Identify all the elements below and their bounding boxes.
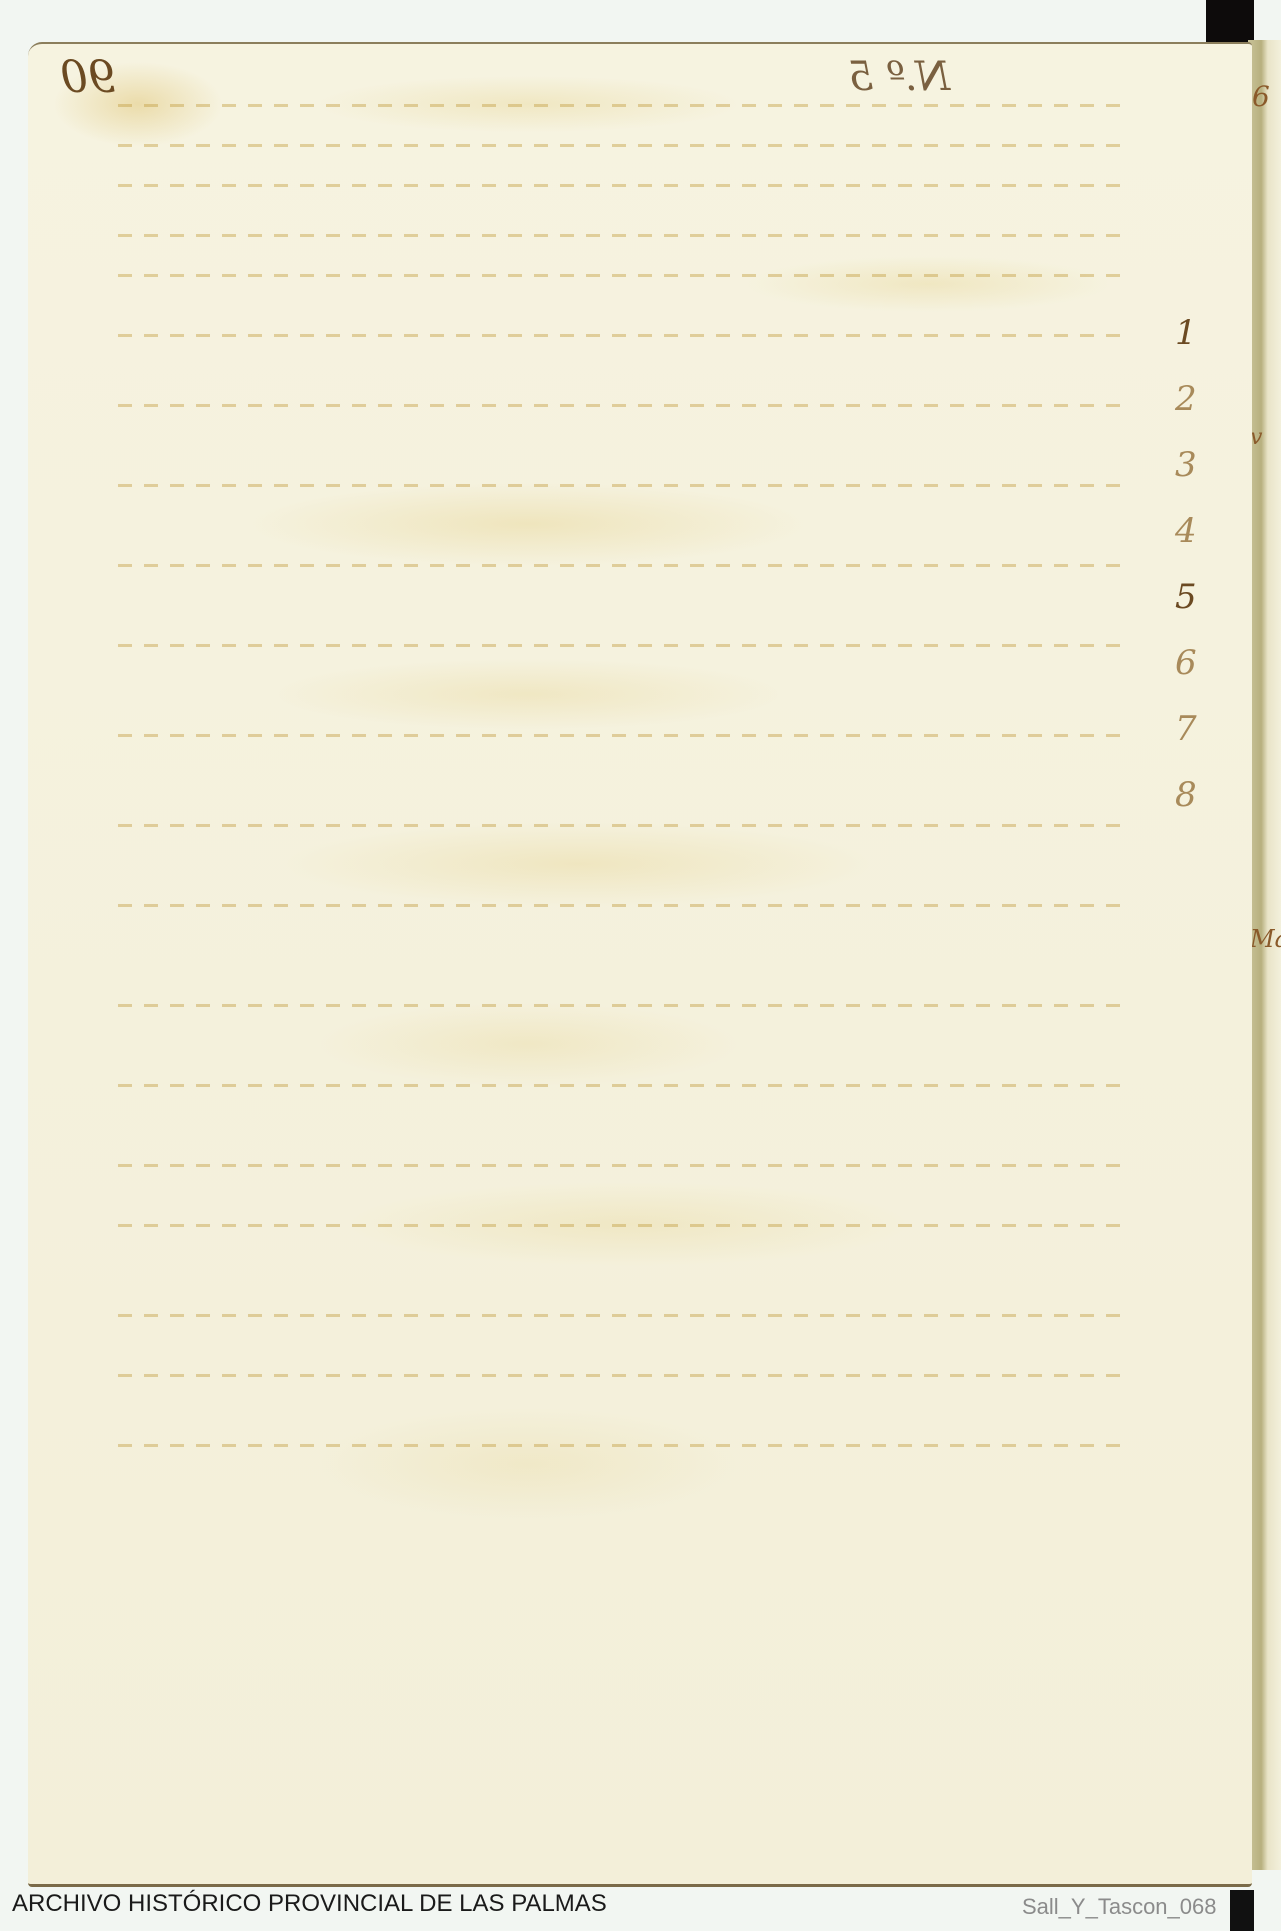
folio-number: 90 <box>60 52 116 103</box>
faded-text-line <box>118 644 1132 647</box>
adjacent-page-ink: 6 <box>1252 80 1270 113</box>
faded-text-line <box>118 824 1132 827</box>
faded-text-line <box>118 1374 1132 1377</box>
faded-text-line <box>118 104 1132 107</box>
faded-text-line <box>118 564 1132 567</box>
scan-frame-edge <box>1206 0 1254 46</box>
faded-text-line <box>118 1084 1132 1087</box>
faded-text-line <box>118 1444 1132 1447</box>
faded-text-line <box>118 1314 1132 1317</box>
faded-text-line <box>118 144 1132 147</box>
scan-frame-corner <box>1230 1890 1254 1931</box>
faded-text-line <box>118 1164 1132 1167</box>
binding-spine: 6 v Ma <box>1248 40 1281 1870</box>
archive-caption: ARCHIVO HISTÓRICO PROVINCIAL DE LAS PALM… <box>12 1890 607 1918</box>
image-code: Sall_Y_Tascon_068 <box>1022 1894 1216 1920</box>
adjacent-page-ink: Ma <box>1250 925 1281 953</box>
faded-text-line <box>118 1004 1132 1007</box>
faded-text-line <box>118 234 1132 237</box>
faded-text-line <box>118 274 1132 277</box>
manuscript-page: 90 N.º 5 <box>28 42 1252 1887</box>
faded-text-line <box>118 334 1132 337</box>
margin-numbers: 1 2 3 4 5 6 7 8 <box>1175 300 1215 828</box>
faded-text-line <box>118 1224 1132 1227</box>
faded-text-line <box>118 404 1132 407</box>
faded-text-line <box>118 904 1132 907</box>
header-mark: N.º 5 <box>848 54 950 100</box>
faded-text-line <box>118 484 1132 487</box>
faded-text-line <box>118 734 1132 737</box>
faded-text-line <box>118 184 1132 187</box>
